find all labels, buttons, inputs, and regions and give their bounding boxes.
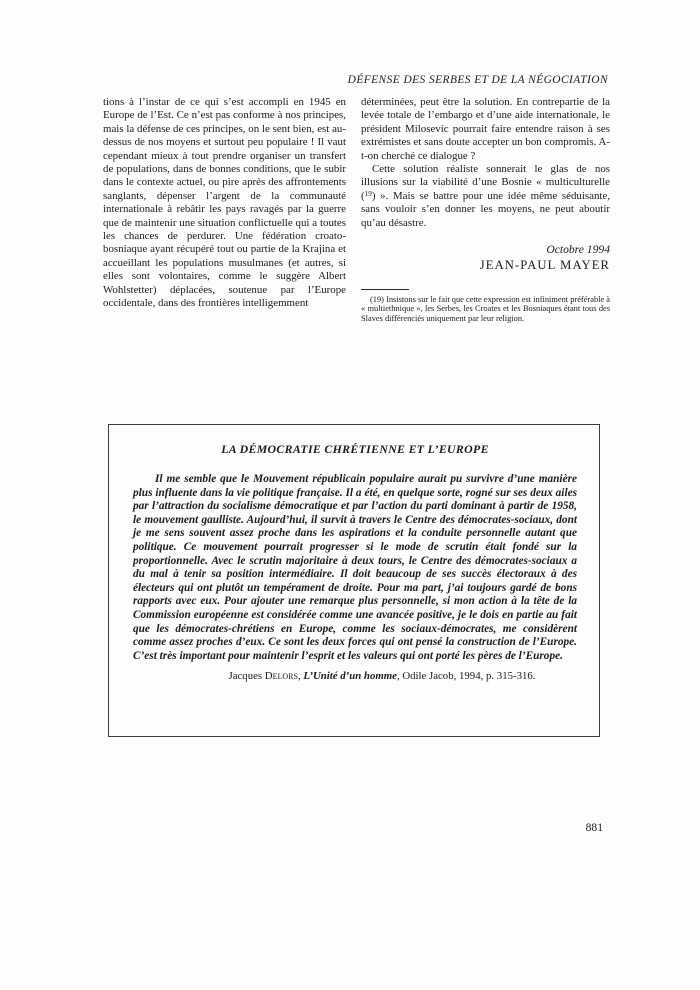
left-column: tions à l’instar de ce qui s’est accompl… xyxy=(103,96,346,324)
document-page: DÉFENSE DES SERBES ET DE LA NÉGOCIATION … xyxy=(0,0,700,990)
right-paragraph-2-text-after: ) ». Mais se battre pour une idée même s… xyxy=(361,190,610,229)
footnote-block: (19) Insistons sur le fait que cette exp… xyxy=(361,289,610,324)
quote-box: LA DÉMOCRATIE CHRÉTIENNE ET L’EUROPE Il … xyxy=(108,424,600,737)
footnote-rule xyxy=(361,289,409,290)
right-column-paragraph-2: Cette solution réaliste sonnerait le gla… xyxy=(361,163,610,230)
quote-box-citation: Jacques Delors, L’Unité d’un homme, Odil… xyxy=(133,670,577,682)
footnote-body: Insistons sur le fait que cette expressi… xyxy=(361,295,610,323)
footnote-text: (19) Insistons sur le fait que cette exp… xyxy=(361,295,610,324)
quote-box-title: LA DÉMOCRATIE CHRÉTIENNE ET L’EUROPE xyxy=(133,442,577,457)
citation-book-title: L’Unité d’un homme xyxy=(303,670,397,682)
citation-publisher-info: , Odile Jacob, 1994, p. 315-316. xyxy=(397,670,536,682)
right-column: déterminées, peut être la solution. En c… xyxy=(361,96,610,324)
footnote-number: (19) xyxy=(370,295,384,304)
citation-author-name: Delors xyxy=(265,670,298,682)
citation-author-prefix: Jacques xyxy=(229,670,265,682)
page-header-title: DÉFENSE DES SERBES ET DE LA NÉGOCIATION xyxy=(348,74,608,86)
quote-box-body: Il me semble que le Mouvement républicai… xyxy=(133,473,577,663)
right-column-paragraph-1: déterminées, peut être la solution. En c… xyxy=(361,96,610,163)
signature-author: JEAN-PAUL MAYER xyxy=(361,259,610,272)
signature-date: Octobre 1994 xyxy=(361,243,610,256)
left-column-paragraph: tions à l’instar de ce qui s’est accompl… xyxy=(103,96,346,311)
footnote-reference: 19 xyxy=(365,190,372,198)
running-header: DÉFENSE DES SERBES ET DE LA NÉGOCIATION xyxy=(103,74,608,86)
article-columns: tions à l’instar de ce qui s’est accompl… xyxy=(103,96,610,324)
page-number: 881 xyxy=(586,821,603,834)
